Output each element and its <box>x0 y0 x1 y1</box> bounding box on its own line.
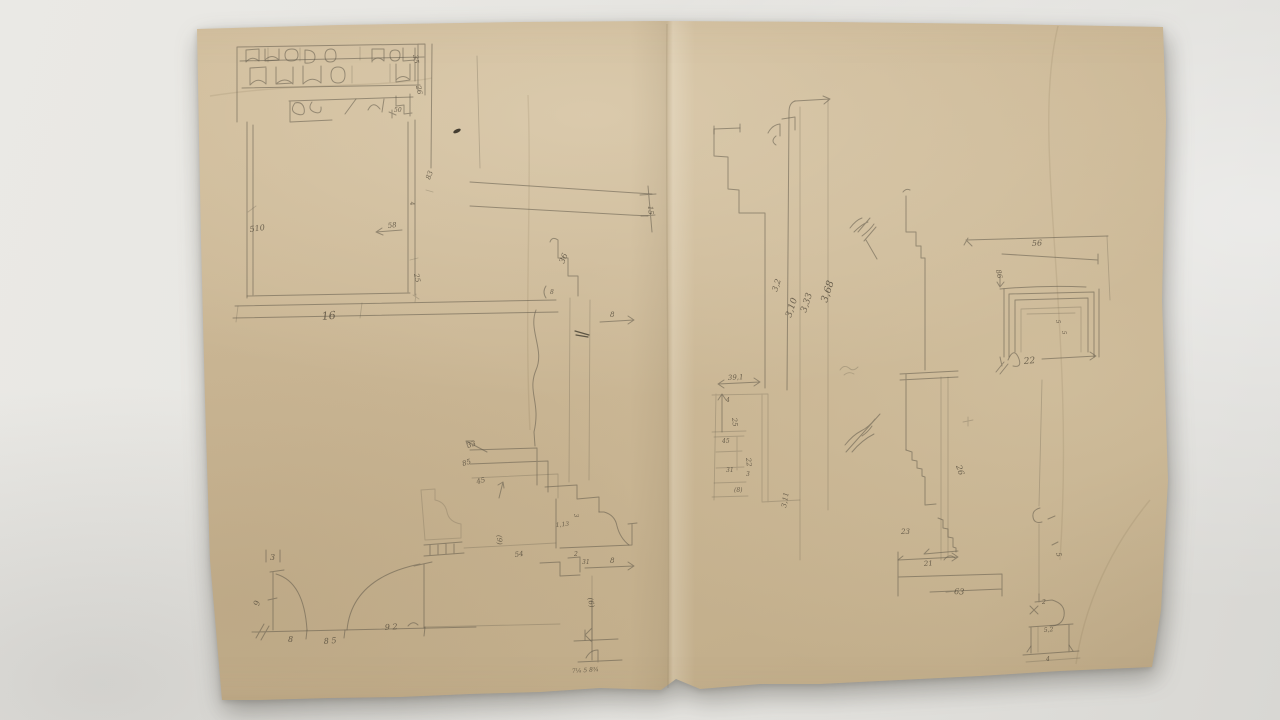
measurement-step-2: 2 <box>573 551 578 558</box>
measurement-chain-8: (8) <box>734 487 743 494</box>
measurement-right-23: 23 <box>900 528 910 536</box>
measurement-tr-86: 86 <box>994 269 1004 280</box>
measurement-tr-22: 22 <box>1022 356 1036 367</box>
measurement-chain-25: 25 <box>730 416 739 427</box>
measurement-right-63: 63 <box>954 587 965 597</box>
sketch-cornice-top-right: 56 86 22 5 5 <box>964 236 1110 506</box>
measurement-cluster-9: (9) <box>495 535 503 545</box>
measurement-chain-3: 3 <box>746 471 750 478</box>
measurement-stamp-fractions: 7¼ 5 8¾ <box>572 666 600 675</box>
measurement-base-5: 5 <box>1054 551 1063 558</box>
measurement-step-61: (6) <box>586 597 596 608</box>
measurement-step-113: 1,13 <box>555 521 569 529</box>
measurement-base-2: 2 <box>1041 599 1046 606</box>
measurement-panel-83: 83 <box>424 169 435 181</box>
measurement-panel-4: 4 <box>408 200 416 206</box>
measurement-tr-5b: 5 <box>1060 330 1067 335</box>
measurement-arch-8a: 8 <box>288 635 293 644</box>
measurement-chain-45: 45 <box>721 438 730 445</box>
measurement-arch-85: 8 5 <box>323 636 336 646</box>
measurement-panel-58: 58 <box>387 221 397 230</box>
sketch-base-profile: 5 2 5,2 4 <box>1023 508 1080 663</box>
measurement-frieze-35: 35 <box>411 54 420 64</box>
measurement-arch-3: 3 <box>270 553 275 562</box>
background-surface: 35 26 50 510 58 16 4 25 83 <box>0 0 1280 720</box>
measurement-panel-25: 25 <box>412 272 422 284</box>
measurement-chain-22: 22 <box>744 456 753 467</box>
sketch-canvas: 35 26 50 510 58 16 4 25 83 <box>0 0 1280 720</box>
measurement-cluster-33: 33 <box>466 439 478 450</box>
measurement-step-31: 31 <box>582 559 590 566</box>
sketch-arches-study: 3 9 8 8 5 9 2 <box>252 550 560 646</box>
sketch-column-profile-right: 26 23 21 63 <box>898 189 1002 596</box>
sketch-molding-cluster: 33 85 45 (9) 54 <box>421 439 558 559</box>
measurement-tall-368: 3,68 <box>819 279 836 304</box>
measurement-arch-9: 9 <box>252 600 262 607</box>
sketch-bottom-stamp: 7¼ 5 8¾ <box>572 600 622 675</box>
measurement-panel-16: 16 <box>321 309 336 323</box>
sketch-panel-study: 510 58 16 4 25 83 <box>233 120 558 323</box>
measurement-cornice-8-small: 8 <box>550 289 554 296</box>
measurement-panel-510: 510 <box>249 223 265 234</box>
measurement-chain-311: 3,11 <box>780 492 791 509</box>
measurement-frieze-26: 26 <box>414 84 424 96</box>
measurement-tall-391: 39,1 <box>728 373 744 382</box>
measurement-tr-56: 56 <box>1032 238 1043 248</box>
measurement-base-52: 5,2 <box>1044 626 1054 634</box>
measurement-base-4: 4 <box>1045 656 1050 663</box>
measurement-chain-4: 4 <box>725 397 730 404</box>
measurement-step-8: 8 <box>610 557 615 565</box>
measurement-frieze-50: 50 <box>394 107 402 114</box>
measurement-tr-5a: 5 <box>1054 319 1061 324</box>
sketch-tall-profile: 3,2 3,10 3,33 3,68 39,1 4 25 45 22 31 3 … <box>712 96 837 560</box>
ink-dot <box>453 128 462 135</box>
sketch-cornice-left: 15 36 8 8 <box>470 182 656 482</box>
measurement-cluster-54: 54 <box>514 550 524 559</box>
measurement-right-26: 26 <box>954 463 966 476</box>
measurement-cornice-8-dim: 8 <box>610 311 615 319</box>
measurement-tall-310: 3,10 <box>784 297 800 319</box>
measurement-step-3: 3 <box>572 513 580 518</box>
measurement-tall-32: 3,2 <box>770 278 782 293</box>
measurement-cluster-85: 85 <box>461 457 472 468</box>
sketch-stepped-cornice-center: 3 1,13 2 31 8 (6) <box>540 485 637 640</box>
measurement-chain-31: 31 <box>726 467 734 474</box>
measurement-tall-333: 3,33 <box>799 292 815 314</box>
sketch-frieze-study: 35 26 50 <box>237 44 480 168</box>
measurement-right-21: 21 <box>923 559 933 568</box>
measurement-arch-92: 9 2 <box>385 622 398 632</box>
measurement-cornice-15: 15 <box>646 205 655 215</box>
